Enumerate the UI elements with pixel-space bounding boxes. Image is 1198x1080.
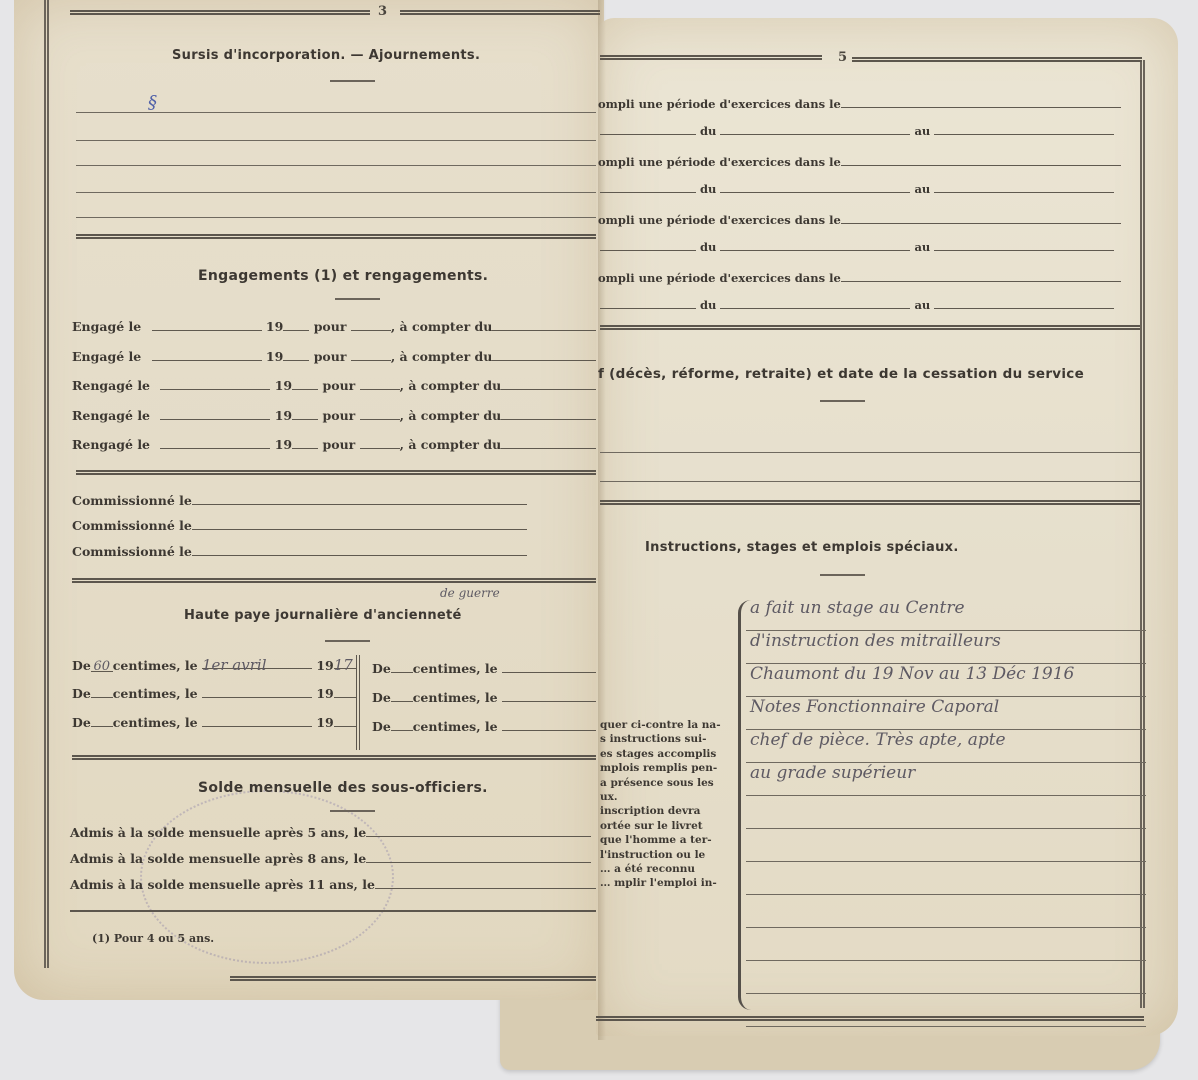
- solde-row: Admis à la solde mensuelle après 11 ans,…: [70, 876, 600, 892]
- handwritten-insert: de guerre: [440, 586, 500, 600]
- periode-dates-row: du au: [600, 180, 1114, 196]
- top-rule-left: [600, 55, 822, 60]
- instruction-line[interactable]: a fait un stage au Centre: [746, 598, 1146, 631]
- amount-field[interactable]: [91, 714, 113, 727]
- periode-row: ompli une période d'exercices dans le: [598, 153, 1121, 169]
- year-field[interactable]: [292, 436, 318, 449]
- periode-dates-row: du au: [600, 122, 1114, 138]
- from-date-field[interactable]: [720, 122, 910, 135]
- divider: [335, 298, 380, 300]
- section-rule: [70, 910, 600, 912]
- sursis-line-2[interactable]: [76, 140, 596, 141]
- solde-date-field[interactable]: [366, 824, 591, 837]
- periode-row: ompli une période d'exercices dans le: [598, 269, 1121, 285]
- start-date-field[interactable]: [501, 436, 605, 449]
- section-rule: [600, 325, 1140, 330]
- pour-label: pour: [323, 437, 356, 452]
- pour-label: pour: [314, 349, 347, 364]
- row-label: Engagé le: [72, 319, 141, 334]
- pour-label: pour: [323, 408, 356, 423]
- start-date-field[interactable]: [492, 318, 596, 331]
- field[interactable]: [600, 122, 696, 135]
- haute-paye-row-right: Decentimes, le: [372, 689, 602, 705]
- start-date-field[interactable]: [492, 348, 596, 361]
- section-rule: [72, 578, 600, 583]
- year-field[interactable]: [283, 318, 309, 331]
- haute-paye-row: Decentimes, le 19: [72, 714, 356, 730]
- from-date-field[interactable]: [720, 238, 910, 251]
- compter-label: , à compter du: [391, 319, 493, 334]
- to-date-field[interactable]: [934, 122, 1114, 135]
- date-field[interactable]: [202, 714, 312, 727]
- instructions-note: quer ci-contre la na- s instructions sui…: [600, 718, 736, 891]
- date-field[interactable]: [202, 685, 312, 698]
- year-field[interactable]: [292, 407, 318, 420]
- footnote: (1) Pour 4 ou 5 ans.: [92, 932, 214, 945]
- instruction-line[interactable]: [746, 829, 1146, 862]
- engagement-row: Rengagé le 19 pour , à compter du: [72, 407, 605, 423]
- commission-date-field[interactable]: [192, 543, 527, 556]
- year-prefix: 19: [266, 319, 283, 334]
- section-rule: [76, 234, 600, 239]
- top-rule-right: [852, 57, 1142, 62]
- date-field[interactable]: [502, 718, 602, 731]
- top-rule-right: [400, 10, 600, 15]
- duration-field[interactable]: [360, 436, 400, 449]
- section-rule: [76, 470, 600, 475]
- date-field[interactable]: [160, 377, 270, 390]
- year-prefix: 19: [275, 378, 292, 393]
- page-number-right: 5: [838, 50, 847, 65]
- solde-date-field[interactable]: [366, 850, 591, 863]
- engagement-row: Rengagé le 19 pour , à compter du: [72, 436, 605, 452]
- year-prefix: 19: [266, 349, 283, 364]
- divider: [820, 400, 865, 402]
- commission-date-field[interactable]: [192, 492, 527, 505]
- engagement-row: Engagé le 19 pour , à compter du: [72, 318, 596, 334]
- instruction-line[interactable]: [746, 994, 1146, 1027]
- engagement-row: Engagé le 19 pour , à compter du: [72, 348, 596, 364]
- date-field[interactable]: [152, 348, 262, 361]
- amount-field[interactable]: [391, 718, 413, 731]
- start-date-field[interactable]: [501, 407, 605, 420]
- duration-field[interactable]: [351, 348, 391, 361]
- periode-dates-row: du au: [600, 296, 1114, 312]
- start-date-field[interactable]: [501, 377, 605, 390]
- commission-date-field[interactable]: [192, 517, 527, 530]
- from-date-field[interactable]: [720, 180, 910, 193]
- instruction-line[interactable]: d'instruction des mitrailleurs: [746, 631, 1146, 664]
- periode-dates-row: du au: [600, 238, 1114, 254]
- sursis-line-5[interactable]: [76, 217, 596, 218]
- solde-row: Admis à la solde mensuelle après 5 ans, …: [70, 824, 591, 840]
- page-number-left: 3: [378, 4, 387, 19]
- sursis-line-3[interactable]: [76, 165, 596, 166]
- section-rule: [72, 755, 600, 760]
- commission-row: Commissionné le: [72, 517, 527, 533]
- instruction-line[interactable]: [746, 895, 1146, 928]
- year-field[interactable]: [334, 714, 356, 727]
- divider: [820, 574, 865, 576]
- instruction-line[interactable]: [746, 928, 1146, 961]
- row-label: Rengagé le: [72, 408, 150, 423]
- compter-label: , à compter du: [400, 437, 502, 452]
- commission-row: Commissionné le: [72, 543, 527, 559]
- column-separator: [356, 655, 364, 750]
- location-field[interactable]: [841, 211, 1121, 224]
- date-field[interactable]: 1er avril: [202, 656, 312, 669]
- pour-label: pour: [323, 378, 356, 393]
- year-field[interactable]: [292, 377, 318, 390]
- to-date-field[interactable]: [934, 180, 1114, 193]
- haute-paye-row: De60centimes, le 1er avril 1917: [72, 656, 356, 673]
- amount-field[interactable]: 60: [91, 659, 113, 672]
- location-field[interactable]: [841, 95, 1121, 108]
- amount-field[interactable]: [91, 685, 113, 698]
- divider: [330, 810, 375, 812]
- haute-paye-title: Haute paye journalière d'ancienneté: [184, 608, 462, 623]
- compter-label: , à compter du: [391, 349, 493, 364]
- compter-label: , à compter du: [400, 408, 502, 423]
- date-field[interactable]: [152, 318, 262, 331]
- section-rule: [600, 500, 1140, 505]
- row-label: Rengagé le: [72, 378, 150, 393]
- year-field[interactable]: [283, 348, 309, 361]
- duration-field[interactable]: [351, 318, 391, 331]
- cessation-line-1[interactable]: [600, 452, 1140, 453]
- handwritten-mark: §: [148, 92, 157, 113]
- haute-paye-row-right: Decentimes, le: [372, 718, 602, 734]
- from-date-field[interactable]: [720, 296, 910, 309]
- field[interactable]: [600, 238, 696, 251]
- handwritten-instructions: a fait un stage au Centred'instruction d…: [746, 598, 1146, 1027]
- sursis-line-4[interactable]: [76, 192, 596, 193]
- year-field[interactable]: [334, 685, 356, 698]
- row-label: Rengagé le: [72, 437, 150, 452]
- to-date-field[interactable]: [934, 296, 1114, 309]
- divider: [330, 80, 375, 82]
- instruction-line[interactable]: au grade supérieur: [746, 763, 1146, 796]
- instruction-line[interactable]: Chaumont du 19 Nov au 13 Déc 1916: [746, 664, 1146, 697]
- year-field[interactable]: 17: [334, 656, 356, 669]
- instruction-line[interactable]: [746, 961, 1146, 994]
- solde-row: Admis à la solde mensuelle après 8 ans, …: [70, 850, 591, 866]
- periode-row: ompli une période d'exercices dans le: [598, 211, 1121, 227]
- solde-title: Solde mensuelle des sous-officiers.: [198, 780, 488, 796]
- date-field[interactable]: [502, 689, 602, 702]
- row-label: Engagé le: [72, 349, 141, 364]
- date-field[interactable]: [160, 407, 270, 420]
- compter-label: , à compter du: [400, 378, 502, 393]
- divider: [325, 640, 370, 642]
- commission-row: Commissionné le: [72, 492, 527, 508]
- location-field[interactable]: [841, 153, 1121, 166]
- to-date-field[interactable]: [934, 238, 1114, 251]
- cessation-title: f (décès, réforme, retraite) et date de …: [598, 366, 1084, 382]
- instruction-line[interactable]: [746, 862, 1146, 895]
- amount-field[interactable]: [391, 689, 413, 702]
- instructions-title: Instructions, stages et emplois spéciaux…: [645, 540, 959, 555]
- periode-row: ompli une période d'exercices dans le: [598, 95, 1121, 111]
- instruction-line[interactable]: [746, 796, 1146, 829]
- bottom-rule: [596, 1016, 1144, 1021]
- engagements-title: Engagements (1) et rengagements.: [198, 268, 488, 284]
- date-field[interactable]: [160, 436, 270, 449]
- field[interactable]: [600, 296, 696, 309]
- year-prefix: 19: [275, 437, 292, 452]
- duration-field[interactable]: [360, 377, 400, 390]
- duration-field[interactable]: [360, 407, 400, 420]
- year-prefix: 19: [275, 408, 292, 423]
- sursis-line-1[interactable]: [76, 112, 596, 113]
- instruction-line[interactable]: Notes Fonctionnaire Caporal: [746, 697, 1146, 730]
- bottom-rule: [230, 976, 600, 981]
- instruction-line[interactable]: chef de pièce. Très apte, apte: [746, 730, 1146, 763]
- sursis-title: Sursis d'incorporation. — Ajournements.: [172, 48, 480, 63]
- solde-date-field[interactable]: [375, 876, 600, 889]
- cessation-line-2[interactable]: [600, 481, 1140, 482]
- pour-label: pour: [314, 319, 347, 334]
- amount-field[interactable]: [391, 660, 413, 673]
- top-rule-left: [70, 10, 370, 15]
- date-field[interactable]: [502, 660, 602, 673]
- field[interactable]: [600, 180, 696, 193]
- haute-paye-row: Decentimes, le 19: [72, 685, 356, 701]
- location-field[interactable]: [841, 269, 1121, 282]
- engagement-row: Rengagé le 19 pour , à compter du: [72, 377, 605, 393]
- haute-paye-row-right: Decentimes, le: [372, 660, 602, 676]
